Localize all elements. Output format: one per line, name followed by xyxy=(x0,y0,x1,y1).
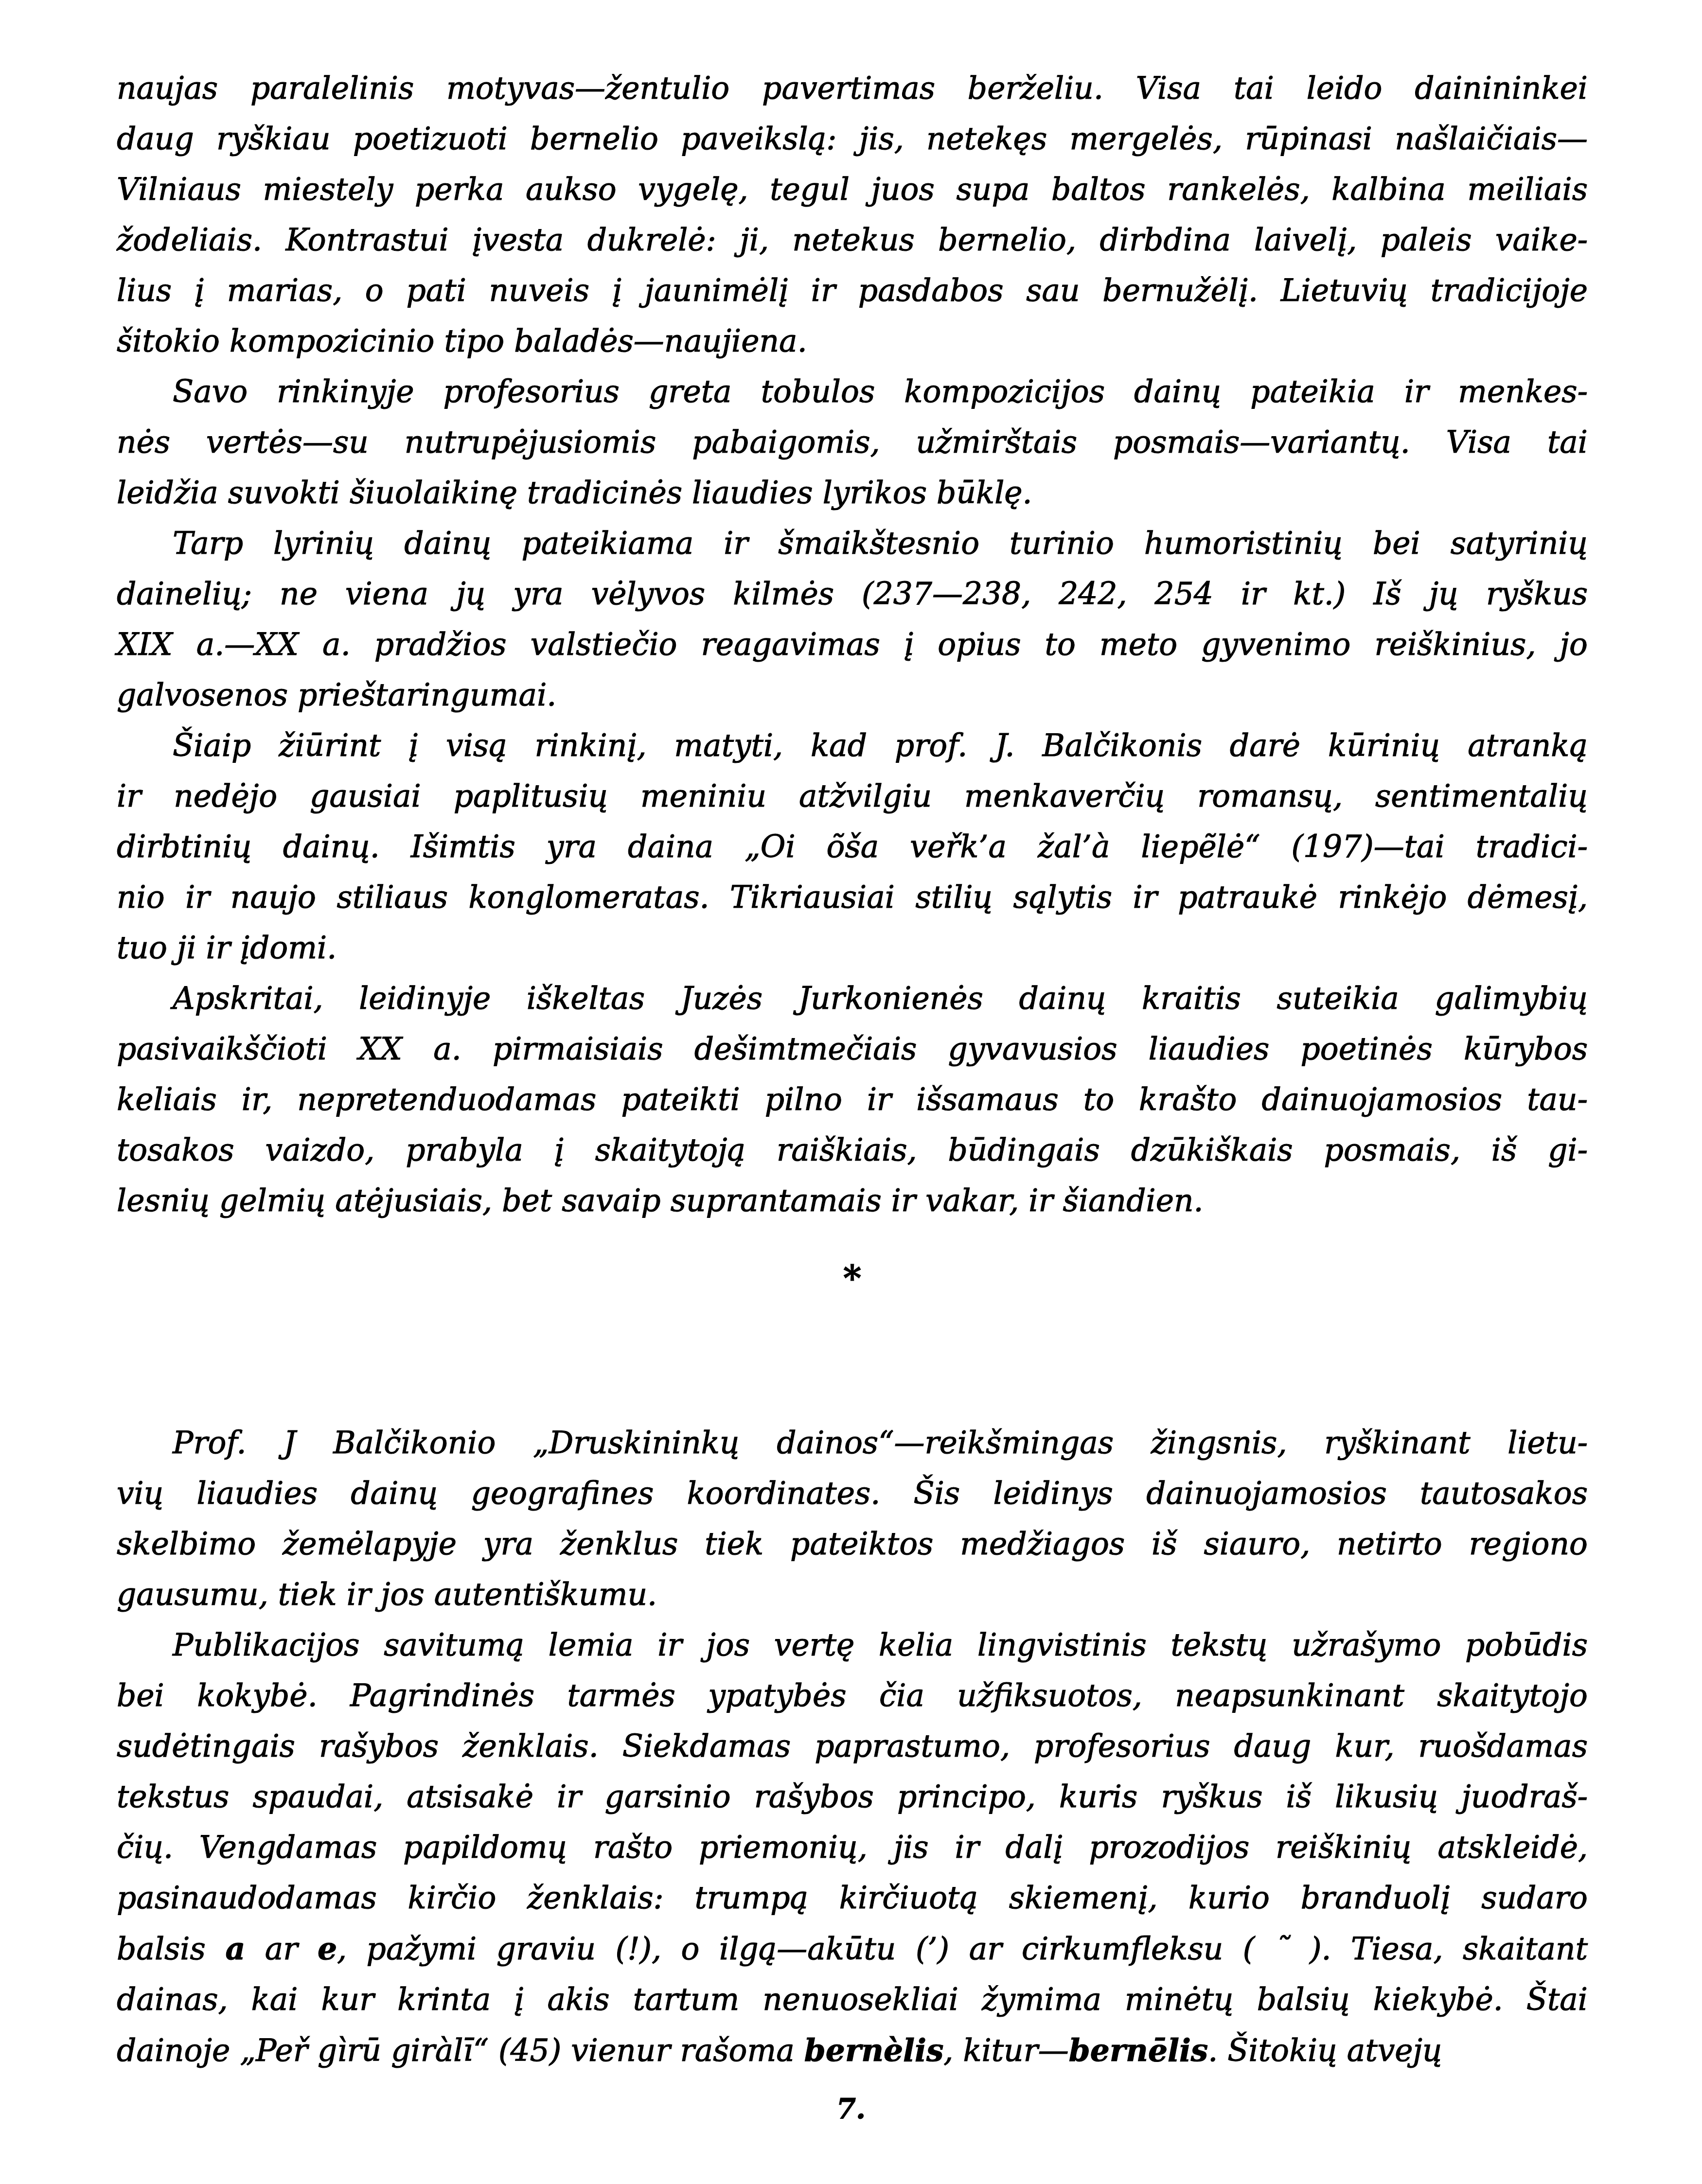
text-line: šitokio kompozicinio tipo baladės—naujie… xyxy=(117,316,1588,367)
paragraph: Šiaip žiūrint į visą rinkinį, matyti, ka… xyxy=(117,721,1588,973)
emphasized-word: e xyxy=(318,1931,337,1967)
text-line: nio ir naujo stiliaus konglomeratas. Tik… xyxy=(117,872,1588,923)
text-line: balsis a ar e, pažymi graviu (!), o ilgą… xyxy=(117,1923,1588,1974)
text-line: XIX a.—XX a. pradžios valstiečio reagavi… xyxy=(117,619,1588,670)
text-line: čių. Vengdamas papildomų rašto priemonių… xyxy=(117,1822,1588,1873)
text-line: nės vertės—su nutrupėjusiomis pabaigomis… xyxy=(117,417,1588,468)
text-line: dirbtinių dainų. Išimtis yra daina „Oi õ… xyxy=(117,822,1588,872)
text-line: skelbimo žemėlapyje yra ženklus tiek pat… xyxy=(117,1519,1588,1569)
document-page: naujas paralelinis motyvas—žentulio pave… xyxy=(0,0,1702,2184)
text-line: tosakos vaizdo, prabyla į skaitytoją rai… xyxy=(117,1125,1588,1176)
section-separator: * xyxy=(117,1253,1588,1303)
emphasized-word: a xyxy=(225,1931,245,1967)
text-line: pasivaikščioti XX a. pirmaisiais dešimtm… xyxy=(117,1024,1588,1074)
text-line: lesnių gelmių atėjusiais, bet savaip sup… xyxy=(117,1176,1588,1226)
text-line: bei kokybė. Pagrindinės tarmės ypatybės … xyxy=(117,1671,1588,1721)
text-segment: , kitur— xyxy=(943,2033,1068,2068)
text-line: Tarp lyrinių dainų pateikiama ir šmaikšt… xyxy=(117,518,1588,569)
text-line: leidžia suvokti šiuolaikinę tradicinės l… xyxy=(117,468,1588,518)
text-line: Savo rinkinyje profesorius greta tobulos… xyxy=(117,367,1588,417)
paragraph: Prof. J Balčikonio „Druskininkų dainos“—… xyxy=(117,1418,1588,1620)
emphasized-word: bernèlis xyxy=(804,2032,944,2068)
page-number: 7. xyxy=(0,2092,1702,2126)
text-block: naujas paralelinis motyvas—žentulio pave… xyxy=(117,63,1588,2076)
text-line: Apskritai, leidinyje iškeltas Juzės Jurk… xyxy=(117,973,1588,1024)
text-line: tekstus spaudai, atsisakė ir garsinio ra… xyxy=(117,1772,1588,1822)
emphasized-word: bernēlis xyxy=(1069,2032,1208,2068)
paragraph: naujas paralelinis motyvas—žentulio pave… xyxy=(117,63,1588,367)
text-line: Prof. J Balčikonio „Druskininkų dainos“—… xyxy=(117,1418,1588,1468)
text-segment: ar xyxy=(245,1931,318,1967)
text-line: dainelių; ne viena jų yra vėlyvos kilmės… xyxy=(117,569,1588,619)
text-line: vių liaudies dainų geografines koordinat… xyxy=(117,1468,1588,1519)
text-line: naujas paralelinis motyvas—žentulio pave… xyxy=(117,63,1588,114)
paragraph: Savo rinkinyje profesorius greta tobulos… xyxy=(117,367,1588,518)
text-line: Šiaip žiūrint į visą rinkinį, matyti, ka… xyxy=(117,721,1588,771)
text-segment: dainoje „Peř gìrū giràlī“ (45) vienur ra… xyxy=(117,2033,804,2068)
text-line: sudėtingais rašybos ženklais. Siekdamas … xyxy=(117,1721,1588,1772)
text-line: Publikacijos savitumą lemia ir jos vertę… xyxy=(117,1620,1588,1671)
text-line: dainoje „Peř gìrū giràlī“ (45) vienur ra… xyxy=(117,2025,1588,2076)
paragraph: Apskritai, leidinyje iškeltas Juzės Jurk… xyxy=(117,973,1588,1226)
text-line: pasinaudodamas kirčio ženklais: trumpą k… xyxy=(117,1873,1588,1923)
text-segment: . Šitokių atvejų xyxy=(1208,2033,1442,2068)
text-line: žodeliais. Kontrastui įvesta dukrelė: ji… xyxy=(117,215,1588,265)
text-line: gausumu, tiek ir jos autentiškumu. xyxy=(117,1569,1588,1620)
paragraph: Tarp lyrinių dainų pateikiama ir šmaikšt… xyxy=(117,518,1588,721)
text-line: galvosenos prieštaringumai. xyxy=(117,670,1588,721)
text-line: dainas, kai kur krinta į akis tartum nen… xyxy=(117,1974,1588,2025)
text-line: tuo ji ir įdomi. xyxy=(117,923,1588,973)
text-segment: , pažymi graviu (!), o ilgą—akūtu (’) ar… xyxy=(337,1931,1588,1967)
text-line: ir nedėjo gausiai paplitusių meniniu atž… xyxy=(117,771,1588,822)
text-line: lius į marias, o pati nuveis į jaunimėlį… xyxy=(117,265,1588,316)
text-segment: balsis xyxy=(117,1931,225,1967)
paragraph: Publikacijos savitumą lemia ir jos vertę… xyxy=(117,1620,1588,2076)
text-line: daug ryškiau poetizuoti bernelio paveiks… xyxy=(117,114,1588,164)
text-line: Vilniaus miestely perka aukso vygelę, te… xyxy=(117,164,1588,215)
text-line: keliais ir, nepretenduodamas pateikti pi… xyxy=(117,1074,1588,1125)
